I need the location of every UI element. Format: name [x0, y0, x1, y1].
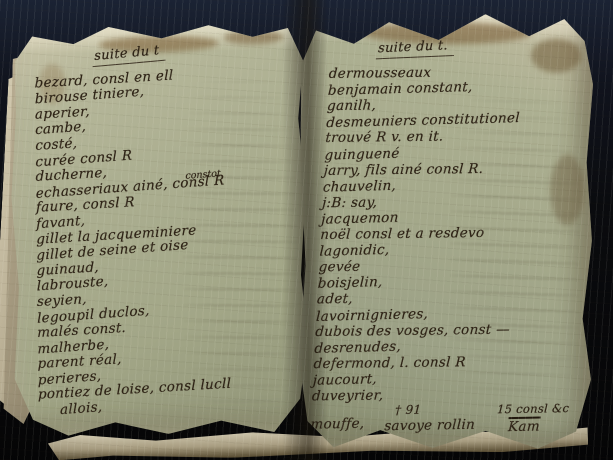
page-heading-left: suite du t: [92, 43, 166, 67]
page-footer-annotations: mouffe, † 91 savoye rollin 15 consl &c K…: [309, 400, 577, 447]
consl-annotation: 15 consl &c: [497, 400, 570, 417]
left-page: suite du t bezard, consl en ell birouse …: [8, 19, 309, 436]
manuscript-entry: mouffe,: [310, 416, 365, 433]
manuscript-entry: savoye rollin: [384, 417, 476, 435]
manuscript-book-photo: suite du t bezard, consl en ell birouse …: [0, 0, 613, 460]
superscript-annotation: constot: [185, 166, 221, 184]
left-page-text: suite du t bezard, consl en ell birouse …: [34, 35, 299, 420]
right-page: suite du t. dermousseaux benjamain const…: [298, 13, 593, 449]
struck-annotation: Kam: [508, 417, 541, 436]
cross-91-annotation: † 91: [395, 402, 422, 419]
page-heading-right: suite du t.: [376, 38, 454, 59]
right-page-text: suite du t. dermousseaux benjamain const…: [309, 36, 596, 447]
